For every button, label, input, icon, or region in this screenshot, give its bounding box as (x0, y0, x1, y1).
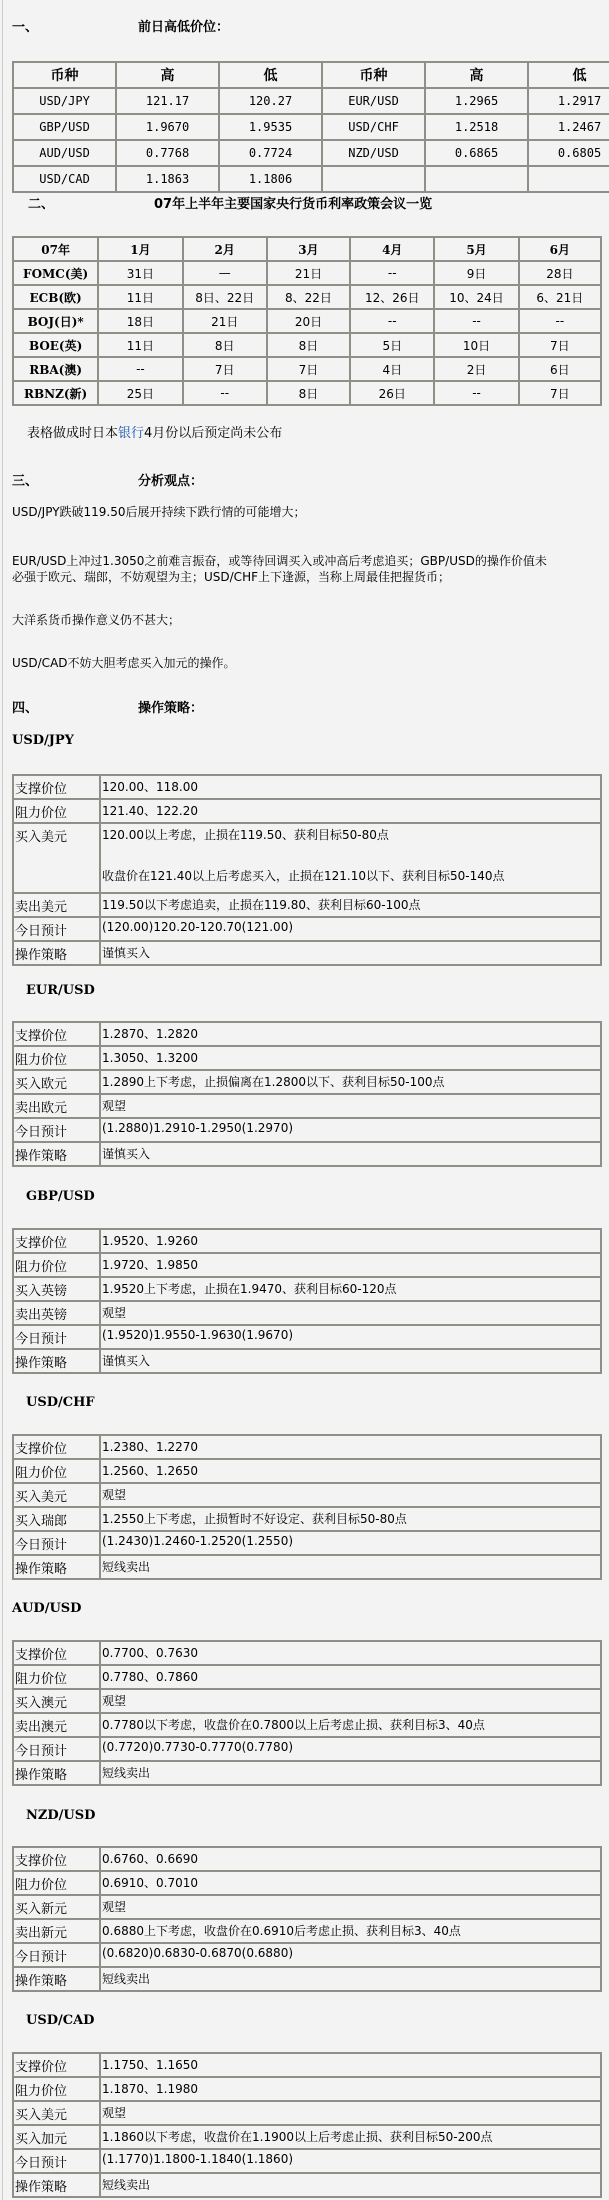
row-label: 操作策略 (13, 1761, 100, 1785)
header-cell: 07年 (13, 237, 98, 261)
cell: 1.2467 (528, 114, 609, 140)
cell: -- (434, 309, 518, 333)
row-label: 支撑价位 (13, 1022, 100, 1046)
row-label: 阻力价位 (13, 1459, 100, 1483)
table-row: 阻力价位121.40、122.20 (13, 799, 601, 823)
table-row: 买入美元观望 (13, 2101, 601, 2125)
cell: -- (434, 381, 518, 405)
cell: 0.7768 (116, 140, 219, 166)
table-row: ECB(欧) 11日 8日、22日 8、22日 12、26日 10、24日 6、… (13, 285, 601, 309)
pair-title-usdjpy: USD/JPY (12, 733, 74, 748)
table-header-row: 07年 1月 2月 3月 4月 5月 6月 (13, 237, 601, 261)
section3-title: 分析观点： (138, 474, 203, 489)
row-label: 卖出新元 (13, 1919, 100, 1943)
row-value: 短线卖出 (100, 1967, 601, 1991)
row-label: 卖出欧元 (13, 1094, 100, 1118)
row-value: 0.6760、0.6690 (100, 1847, 601, 1871)
row-label: 买入澳元 (13, 1689, 100, 1713)
row-value: 120.00以上考虑，止损在119.50、获利目标50-80点收盘价在121.4… (100, 823, 601, 893)
cell: 6、21日 (519, 285, 601, 309)
cell: -- (350, 261, 434, 285)
header-cell: 高 (116, 62, 219, 88)
row-value: 0.7780、0.7860 (100, 1665, 601, 1689)
cell: -- (350, 309, 434, 333)
cell: 11日 (98, 285, 182, 309)
strategy-table-audusd: 支撑价位0.7700、0.7630 阻力价位0.7780、0.7860 买入澳元… (12, 1640, 602, 1786)
cell: 25日 (98, 381, 182, 405)
row-value: 120.00、118.00 (100, 775, 601, 799)
row-label: 支撑价位 (13, 1229, 100, 1253)
row-label: 卖出美元 (13, 893, 100, 917)
row-value: 短线卖出 (100, 2173, 601, 2197)
row-label: 买入英镑 (13, 1277, 100, 1301)
cell: 121.17 (116, 88, 219, 114)
table-row: AUD/USD 0.7768 0.7724 NZD/USD 0.6865 0.6… (13, 140, 609, 166)
table-row: USD/JPY 121.17 120.27 EUR/USD 1.2965 1.2… (13, 88, 609, 114)
row-value: 1.1870、1.1980 (100, 2077, 601, 2101)
value-line: 120.00以上考虑，止损在119.50、获利目标50-80点 (102, 826, 600, 843)
table-row: 阻力价位0.6910、0.7010 (13, 1871, 601, 1895)
cell: USD/CAD (13, 166, 116, 192)
row-label: 今日预计 (13, 1118, 100, 1142)
table-row: 支撑价位120.00、118.00 (13, 775, 601, 799)
bank-link[interactable]: 银行 (118, 426, 144, 441)
row-label: 操作策略 (13, 1555, 100, 1579)
cell (528, 166, 609, 192)
table-row: BOE(英) 11日 8日 8日 5日 10日 7日 (13, 333, 601, 357)
cell: 0.6805 (528, 140, 609, 166)
row-label: 买入加元 (13, 2125, 100, 2149)
cell: -- (183, 381, 267, 405)
cell: AUD/USD (13, 140, 116, 166)
cell: 7日 (267, 357, 350, 381)
table-row: 阻力价位1.1870、1.1980 (13, 2077, 601, 2101)
row-value: (0.6820)0.6830-0.6870(0.6880) (100, 1943, 601, 1967)
row-value: 121.40、122.20 (100, 799, 601, 823)
cell: 1.9535 (219, 114, 322, 140)
row-value: 谨慎买入 (100, 1349, 601, 1373)
cell: 28日 (519, 261, 601, 285)
cell: 26日 (350, 381, 434, 405)
cell: USD/CHF (322, 114, 425, 140)
section2-title: 07年上半年主要国家央行货币利率政策会议一览 (154, 197, 432, 212)
row-label: 阻力价位 (13, 1871, 100, 1895)
row-value: 0.7780以下考虑，收盘价在0.7800以上后考虑止损、获利目标3、40点 (100, 1713, 601, 1737)
table-row: 今日预计(0.6820)0.6830-0.6870(0.6880) (13, 1943, 601, 1967)
table-row: 买入加元1.1860以下考虑，收盘价在1.1900以上后考虑止损、获利目标50-… (13, 2125, 601, 2149)
cell: — (183, 261, 267, 285)
row-value: (120.00)120.20-120.70(121.00) (100, 917, 601, 941)
row-label: 今日预计 (13, 1737, 100, 1761)
row-value: 短线卖出 (100, 1555, 601, 1579)
section2-heading: 二、07年上半年主要国家央行货币利率政策会议一览 (28, 193, 432, 212)
cell: 8日 (267, 381, 350, 405)
table-row: 卖出英镑观望 (13, 1301, 601, 1325)
cell: 7日 (183, 357, 267, 381)
row-value: (1.2430)1.2460-1.2520(1.2550) (100, 1531, 601, 1555)
table-row: GBP/USD 1.9670 1.9535 USD/CHF 1.2518 1.2… (13, 114, 609, 140)
row-label: 操作策略 (13, 1142, 100, 1166)
section2-number: 二、 (28, 193, 154, 212)
header-cell: 高 (425, 62, 528, 88)
cell: USD/JPY (13, 88, 116, 114)
cell: 1.2965 (425, 88, 528, 114)
row-label: 支撑价位 (13, 1847, 100, 1871)
table-row: 买入瑞郎1.2550上下考虑，止损暂时不好设定、获利目标50-80点 (13, 1507, 601, 1531)
cell: 7日 (519, 333, 601, 357)
row-label: 今日预计 (13, 917, 100, 941)
section4-heading: 四、操作策略： (12, 697, 203, 716)
row-value: 1.3050、1.3200 (100, 1046, 601, 1070)
row-value: 1.1750、1.1650 (100, 2053, 601, 2077)
table-row: 今日预计(120.00)120.20-120.70(121.00) (13, 917, 601, 941)
cell: -- (519, 309, 601, 333)
table-row: 买入美元观望 (13, 1483, 601, 1507)
table-row: 今日预计(0.7720)0.7730-0.7770(0.7780) (13, 1737, 601, 1761)
table-row: 阻力价位1.3050、1.3200 (13, 1046, 601, 1070)
strategy-table-gbpusd: 支撑价位1.9520、1.9260 阻力价位1.9720、1.9850 买入英镑… (12, 1228, 602, 1374)
section3-number: 三、 (12, 470, 138, 489)
cell: NZD/USD (322, 140, 425, 166)
header-cell: 2月 (183, 237, 267, 261)
cell: 1.1863 (116, 166, 219, 192)
cell: 4日 (350, 357, 434, 381)
row-label: 阻力价位 (13, 799, 100, 823)
note-prefix: 表格做成时日本 (27, 426, 118, 441)
analysis-paragraph: USD/JPY跌破119.50后展开持续下跌行情的可能增大； (12, 504, 306, 520)
cell: 120.27 (219, 88, 322, 114)
row-header: BOJ(日)* (13, 309, 98, 333)
table-row: 买入美元120.00以上考虑，止损在119.50、获利目标50-80点收盘价在1… (13, 823, 601, 893)
cell: 0.7724 (219, 140, 322, 166)
row-value: 观望 (100, 2101, 601, 2125)
pair-title-nzdusd: NZD/USD (26, 1808, 95, 1823)
row-value: 1.2550上下考虑，止损暂时不好设定、获利目标50-80点 (100, 1507, 601, 1531)
cell: 20日 (267, 309, 350, 333)
table-row: 操作策略短线卖出 (13, 1967, 601, 1991)
row-value: 1.2870、1.2820 (100, 1022, 601, 1046)
pair-title-gbpusd: GBP/USD (26, 1189, 95, 1204)
row-label: 操作策略 (13, 2173, 100, 2197)
table-row: FOMC(美) 31日 — 21日 -- 9日 28日 (13, 261, 601, 285)
row-label: 操作策略 (13, 941, 100, 965)
row-label: 买入新元 (13, 1895, 100, 1919)
table-row: 操作策略谨慎买入 (13, 941, 601, 965)
row-value: (1.2880)1.2910-1.2950(1.2970) (100, 1118, 601, 1142)
table-row: 今日预计(1.2430)1.2460-1.2520(1.2550) (13, 1531, 601, 1555)
cell: 11日 (98, 333, 182, 357)
row-value: 观望 (100, 1301, 601, 1325)
row-label: 卖出澳元 (13, 1713, 100, 1737)
row-value: 1.9720、1.9850 (100, 1253, 601, 1277)
note-suffix: 4月份以后预定尚未公布 (144, 426, 282, 441)
header-cell: 3月 (267, 237, 350, 261)
row-header: RBA(澳) (13, 357, 98, 381)
table-row: 卖出澳元0.7780以下考虑，收盘价在0.7800以上后考虑止损、获利目标3、4… (13, 1713, 601, 1737)
cell: 7日 (519, 381, 601, 405)
row-value: 1.9520上下考虑，止损在1.9470、获利目标60-120点 (100, 1277, 601, 1301)
table-row: 买入英镑1.9520上下考虑，止损在1.9470、获利目标60-120点 (13, 1277, 601, 1301)
row-label: 操作策略 (13, 1967, 100, 1991)
cell: 10、24日 (434, 285, 518, 309)
table-row: 支撑价位0.7700、0.7630 (13, 1641, 601, 1665)
row-label: 操作策略 (13, 1349, 100, 1373)
row-label: 买入美元 (13, 1483, 100, 1507)
row-label: 阻力价位 (13, 2077, 100, 2101)
cell: 21日 (267, 261, 350, 285)
analysis-paragraph: 大洋系货币操作意义仍不甚大； (12, 612, 180, 628)
cell: -- (98, 357, 182, 381)
section3-heading: 三、分析观点： (12, 470, 203, 489)
strategy-table-nzdusd: 支撑价位0.6760、0.6690 阻力价位0.6910、0.7010 买入新元… (12, 1846, 602, 1992)
left-page-rule (2, 0, 3, 2200)
cell: 8日 (267, 333, 350, 357)
row-value: 观望 (100, 1689, 601, 1713)
cell: 8日、22日 (183, 285, 267, 309)
table-row: 今日预计(1.2880)1.2910-1.2950(1.2970) (13, 1118, 601, 1142)
table-row: RBA(澳) -- 7日 7日 4日 2日 6日 (13, 357, 601, 381)
row-label: 今日预计 (13, 1325, 100, 1349)
cell: 0.6865 (425, 140, 528, 166)
cell: EUR/USD (322, 88, 425, 114)
cell: 21日 (183, 309, 267, 333)
row-label: 阻力价位 (13, 1046, 100, 1070)
row-label: 买入瑞郎 (13, 1507, 100, 1531)
row-label: 买入美元 (13, 2101, 100, 2125)
table-row: 操作策略谨慎买入 (13, 1142, 601, 1166)
section1-title: 前日高低价位： (138, 20, 229, 35)
row-header: FOMC(美) (13, 261, 98, 285)
table-row: BOJ(日)* 18日 21日 20日 -- -- -- (13, 309, 601, 333)
row-value: 短线卖出 (100, 1761, 601, 1785)
table-row: 操作策略短线卖出 (13, 1761, 601, 1785)
table-row: 今日预计(1.9520)1.9550-1.9630(1.9670) (13, 1325, 601, 1349)
row-value: 1.9520、1.9260 (100, 1229, 601, 1253)
table-row: 支撑价位1.2870、1.2820 (13, 1022, 601, 1046)
row-header: BOE(英) (13, 333, 98, 357)
table-row: 阻力价位0.7780、0.7860 (13, 1665, 601, 1689)
table-row: 阻力价位1.9720、1.9850 (13, 1253, 601, 1277)
row-value: 0.7700、0.7630 (100, 1641, 601, 1665)
table-row: 今日预计(1.1770)1.1800-1.1840(1.1860) (13, 2149, 601, 2173)
cell: 8、22日 (267, 285, 350, 309)
row-value: 119.50以下考虑追卖，止损在119.80、获利目标60-100点 (100, 893, 601, 917)
row-value: 1.2890上下考虑，止损偏离在1.2800以下、获利目标50-100点 (100, 1070, 601, 1094)
cell (322, 166, 425, 192)
analysis-paragraph: USD/CAD不妨大胆考虑买入加元的操作。 (12, 655, 236, 671)
pair-title-usdchf: USD/CHF (26, 1395, 95, 1410)
row-label: 支撑价位 (13, 2053, 100, 2077)
strategy-table-eurusd: 支撑价位1.2870、1.2820 阻力价位1.3050、1.3200 买入欧元… (12, 1021, 602, 1167)
cell: 1.9670 (116, 114, 219, 140)
row-value: 谨慎买入 (100, 1142, 601, 1166)
table-note: 表格做成时日本银行4月份以后预定尚未公布 (27, 426, 282, 442)
row-label: 卖出英镑 (13, 1301, 100, 1325)
row-header: ECB(欧) (13, 285, 98, 309)
row-value: 谨慎买入 (100, 941, 601, 965)
cell: 18日 (98, 309, 182, 333)
table-row: 买入新元观望 (13, 1895, 601, 1919)
cell: GBP/USD (13, 114, 116, 140)
row-label: 今日预计 (13, 1531, 100, 1555)
row-label: 阻力价位 (13, 1253, 100, 1277)
row-value: 观望 (100, 1094, 601, 1118)
header-cell: 币种 (322, 62, 425, 88)
header-cell: 低 (528, 62, 609, 88)
row-value: 0.6880上下考虑，收盘价在0.6910后考虑止损、获利目标3、40点 (100, 1919, 601, 1943)
pair-title-usdcad: USD/CAD (26, 2013, 94, 2028)
row-value: 1.1860以下考虑，收盘价在1.1900以上后考虑止损、获利目标50-200点 (100, 2125, 601, 2149)
row-value: 观望 (100, 1483, 601, 1507)
row-value: (1.1770)1.1800-1.1840(1.1860) (100, 2149, 601, 2173)
table-row: USD/CAD 1.1863 1.1806 (13, 166, 609, 192)
table-row: 操作策略短线卖出 (13, 1555, 601, 1579)
cell: 8日 (183, 333, 267, 357)
cell: 1.2518 (425, 114, 528, 140)
row-value: 0.6910、0.7010 (100, 1871, 601, 1895)
row-label: 支撑价位 (13, 1641, 100, 1665)
strategy-table-usdchf: 支撑价位1.2380、1.2270 阻力价位1.2560、1.2650 买入美元… (12, 1434, 602, 1580)
table-row: 操作策略短线卖出 (13, 2173, 601, 2197)
row-label: 支撑价位 (13, 1435, 100, 1459)
row-value: 观望 (100, 1895, 601, 1919)
table-row: RBNZ(新) 25日 -- 8日 26日 -- 7日 (13, 381, 601, 405)
row-value: (0.7720)0.7730-0.7770(0.7780) (100, 1737, 601, 1761)
strategy-table-usdjpy: 支撑价位120.00、118.00 阻力价位121.40、122.20 买入美元… (12, 774, 602, 966)
value-line: 收盘价在121.40以上后考虑买入，止损在121.10以下、获利目标50-140… (102, 867, 600, 884)
cell: 9日 (434, 261, 518, 285)
section4-number: 四、 (12, 697, 138, 716)
cell (425, 166, 528, 192)
row-label: 买入欧元 (13, 1070, 100, 1094)
row-label: 买入美元 (13, 823, 100, 893)
table-row: 卖出新元0.6880上下考虑，收盘价在0.6910后考虑止损、获利目标3、40点 (13, 1919, 601, 1943)
table-row: 支撑价位0.6760、0.6690 (13, 1847, 601, 1871)
table-header-row: 币种 高 低 币种 高 低 (13, 62, 609, 88)
section4-title: 操作策略： (138, 701, 203, 716)
table-row: 卖出欧元观望 (13, 1094, 601, 1118)
pair-title-audusd: AUD/USD (12, 1601, 81, 1616)
row-label: 今日预计 (13, 2149, 100, 2173)
cell: 1.1806 (219, 166, 322, 192)
row-label: 阻力价位 (13, 1665, 100, 1689)
analysis-paragraph: EUR/USD上冲过1.3050之前难言振奋，或等待回调买入或冲高后考虑追买；G… (12, 553, 547, 569)
header-cell: 4月 (350, 237, 434, 261)
row-label: 支撑价位 (13, 775, 100, 799)
cell: 2日 (434, 357, 518, 381)
header-cell: 6月 (519, 237, 601, 261)
table-row: 支撑价位1.9520、1.9260 (13, 1229, 601, 1253)
strategy-table-usdcad: 支撑价位1.1750、1.1650 阻力价位1.1870、1.1980 买入美元… (12, 2052, 602, 2198)
cell: 5日 (350, 333, 434, 357)
table-row: 买入澳元观望 (13, 1689, 601, 1713)
row-value: 1.2380、1.2270 (100, 1435, 601, 1459)
row-value: 1.2560、1.2650 (100, 1459, 601, 1483)
cell: 1.2917 (528, 88, 609, 114)
header-cell: 5月 (434, 237, 518, 261)
cell: 12、26日 (350, 285, 434, 309)
table-row: 阻力价位1.2560、1.2650 (13, 1459, 601, 1483)
header-cell: 1月 (98, 237, 182, 261)
central-bank-meetings-table: 07年 1月 2月 3月 4月 5月 6月 FOMC(美) 31日 — 21日 … (12, 236, 602, 406)
table-row: 支撑价位1.2380、1.2270 (13, 1435, 601, 1459)
header-cell: 低 (219, 62, 322, 88)
cell: 31日 (98, 261, 182, 285)
row-header: RBNZ(新) (13, 381, 98, 405)
pair-title-eurusd: EUR/USD (26, 983, 95, 998)
section1-number: 一、 (12, 16, 138, 35)
cell: 10日 (434, 333, 518, 357)
table-row: 卖出美元119.50以下考虑追卖，止损在119.80、获利目标60-100点 (13, 893, 601, 917)
table-row: 买入欧元1.2890上下考虑，止损偏离在1.2800以下、获利目标50-100点 (13, 1070, 601, 1094)
row-value: (1.9520)1.9550-1.9630(1.9670) (100, 1325, 601, 1349)
analysis-paragraph: 必强于欧元、瑞郎，不妨观望为主；USD/CHF上下逢源，当称上周最佳把握货币； (12, 569, 450, 585)
row-label: 今日预计 (13, 1943, 100, 1967)
prev-day-high-low-table: 币种 高 低 币种 高 低 USD/JPY 121.17 120.27 EUR/… (12, 61, 609, 193)
table-row: 操作策略谨慎买入 (13, 1349, 601, 1373)
cell: 6日 (519, 357, 601, 381)
header-cell: 币种 (13, 62, 116, 88)
section1-heading: 一、前日高低价位： (12, 16, 229, 35)
table-row: 支撑价位1.1750、1.1650 (13, 2053, 601, 2077)
